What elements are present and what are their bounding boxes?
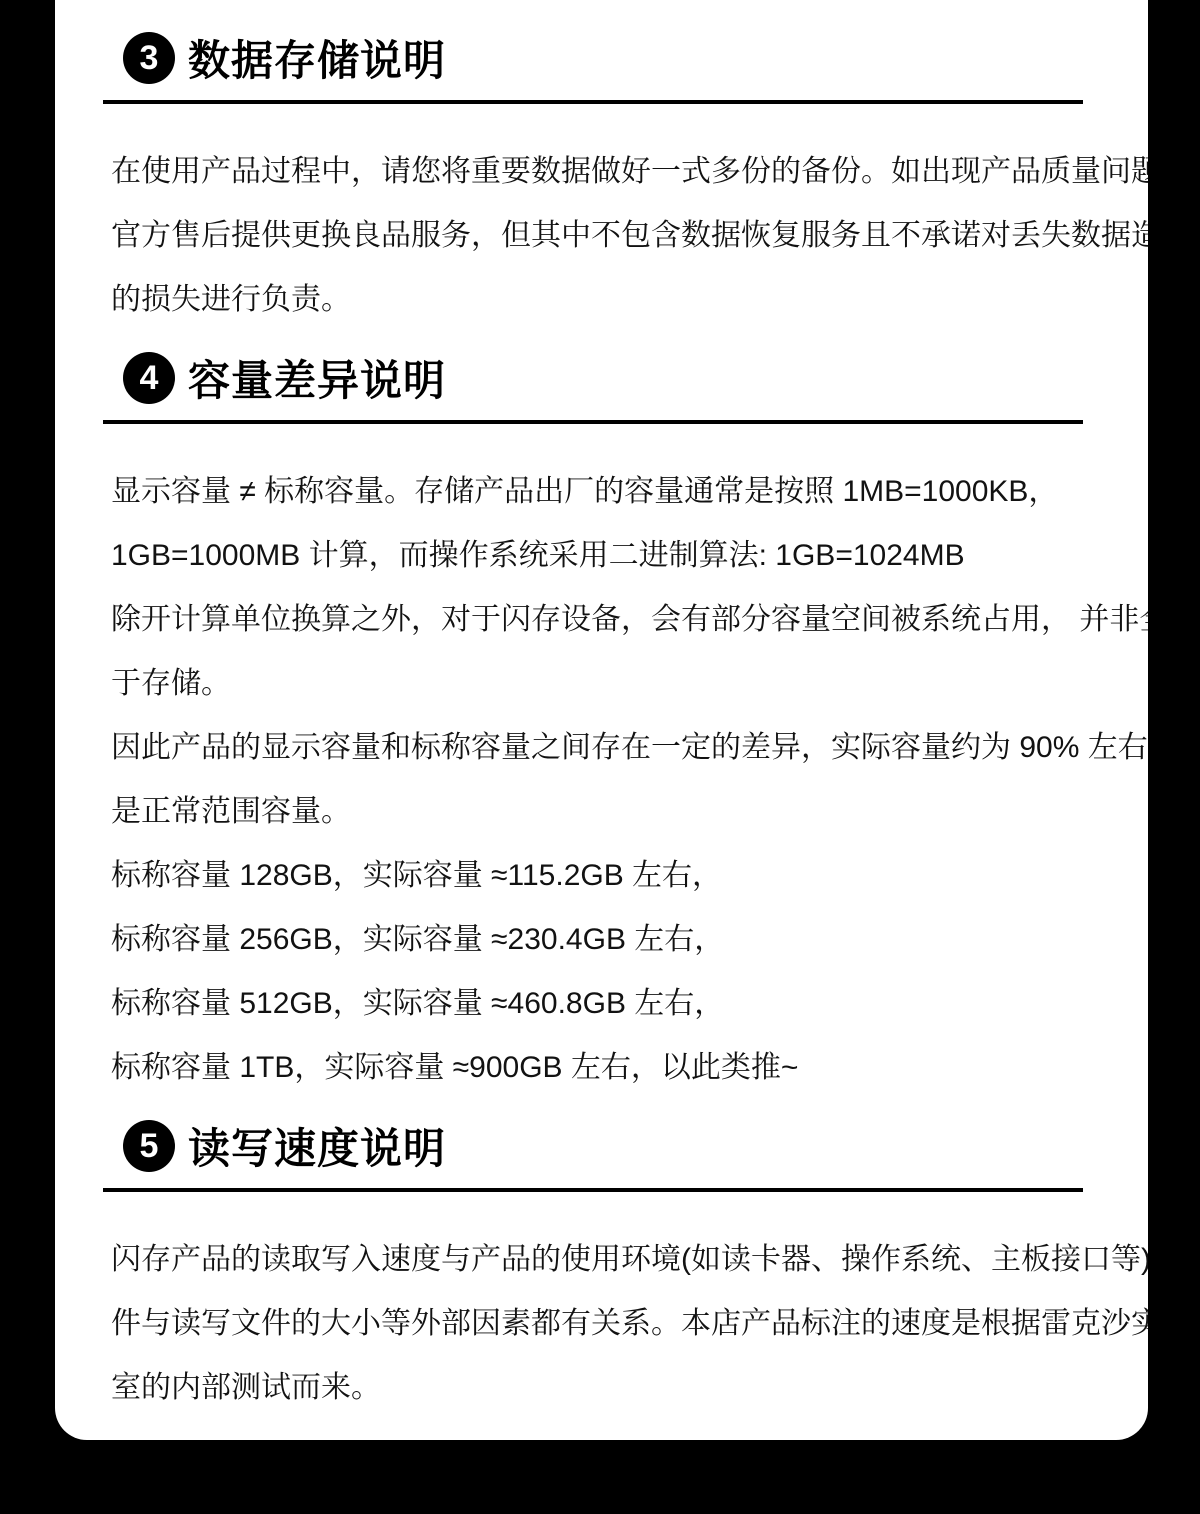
- section-heading: 4 容量差异说明: [123, 352, 1100, 404]
- section-body: 闪存产品的读取写入速度与产品的使用环境(如读卡器、操作系统、主板接口等)、软件与…: [111, 1228, 1100, 1420]
- section-heading: 5 读写速度说明: [123, 1120, 1100, 1172]
- section-divider: [103, 100, 1083, 104]
- section-body: 显示容量 ≠ 标称容量。存储产品出厂的容量通常是按照 1MB=1000KB，1G…: [111, 460, 1100, 1100]
- text-line: 因此产品的显示容量和标称容量之间存在一定的差异，实际容量约为 90% 左右，这: [111, 716, 1100, 780]
- section-number-badge: 5: [123, 1120, 175, 1172]
- text-line: 标称容量 256GB，实际容量 ≈230.4GB 左右，: [111, 908, 1100, 972]
- text-line: 室的内部测试而来。: [111, 1356, 1100, 1420]
- section-number: 3: [140, 39, 159, 78]
- info-section: 5 读写速度说明 闪存产品的读取写入速度与产品的使用环境(如读卡器、操作系统、主…: [103, 1120, 1100, 1420]
- section-title: 读写速度说明: [188, 1116, 446, 1176]
- section-title: 容量差异说明: [188, 348, 446, 408]
- section-number: 5: [140, 1127, 159, 1166]
- text-line: 是正常范围容量。: [111, 780, 1100, 844]
- content-card: 3 数据存储说明 在使用产品过程中，请您将重要数据做好一式多份的备份。如出现产品…: [55, 0, 1148, 1440]
- section-divider: [103, 1188, 1083, 1192]
- info-section: 3 数据存储说明 在使用产品过程中，请您将重要数据做好一式多份的备份。如出现产品…: [103, 32, 1100, 332]
- text-line: 标称容量 128GB，实际容量 ≈115.2GB 左右，: [111, 844, 1100, 908]
- text-line: 在使用产品过程中，请您将重要数据做好一式多份的备份。如出现产品质量问题，: [111, 140, 1100, 204]
- text-line: 官方售后提供更换良品服务，但其中不包含数据恢复服务且不承诺对丢失数据造成: [111, 204, 1100, 268]
- text-line: 标称容量 1TB，实际容量 ≈900GB 左右，以此类推~: [111, 1036, 1100, 1100]
- section-number-badge: 3: [123, 32, 175, 84]
- section-heading: 3 数据存储说明: [123, 32, 1100, 84]
- text-line: 标称容量 512GB，实际容量 ≈460.8GB 左右，: [111, 972, 1100, 1036]
- section-divider: [103, 420, 1083, 424]
- text-line: 的损失进行负责。: [111, 268, 1100, 332]
- section-number: 4: [140, 359, 159, 398]
- text-line: 件与读写文件的大小等外部因素都有关系。本店产品标注的速度是根据雷克沙实验: [111, 1292, 1100, 1356]
- sections-container: 3 数据存储说明 在使用产品过程中，请您将重要数据做好一式多份的备份。如出现产品…: [103, 32, 1100, 1420]
- text-line: 1GB=1000MB 计算，而操作系统采用二进制算法: 1GB=1024MB: [111, 524, 1100, 588]
- text-line: 显示容量 ≠ 标称容量。存储产品出厂的容量通常是按照 1MB=1000KB，: [111, 460, 1100, 524]
- page-background: { "page": { "background_color": "#000000…: [0, 0, 1200, 1514]
- section-title: 数据存储说明: [188, 28, 446, 88]
- text-line: 除开计算单位换算之外，对于闪存设备，会有部分容量空间被系统占用， 并非全部用: [111, 588, 1100, 652]
- section-body: 在使用产品过程中，请您将重要数据做好一式多份的备份。如出现产品质量问题，官方售后…: [111, 140, 1100, 332]
- text-line: 于存储。: [111, 652, 1100, 716]
- section-number-badge: 4: [123, 352, 175, 404]
- text-line: 闪存产品的读取写入速度与产品的使用环境(如读卡器、操作系统、主板接口等)、软: [111, 1228, 1100, 1292]
- info-section: 4 容量差异说明 显示容量 ≠ 标称容量。存储产品出厂的容量通常是按照 1MB=…: [103, 352, 1100, 1100]
